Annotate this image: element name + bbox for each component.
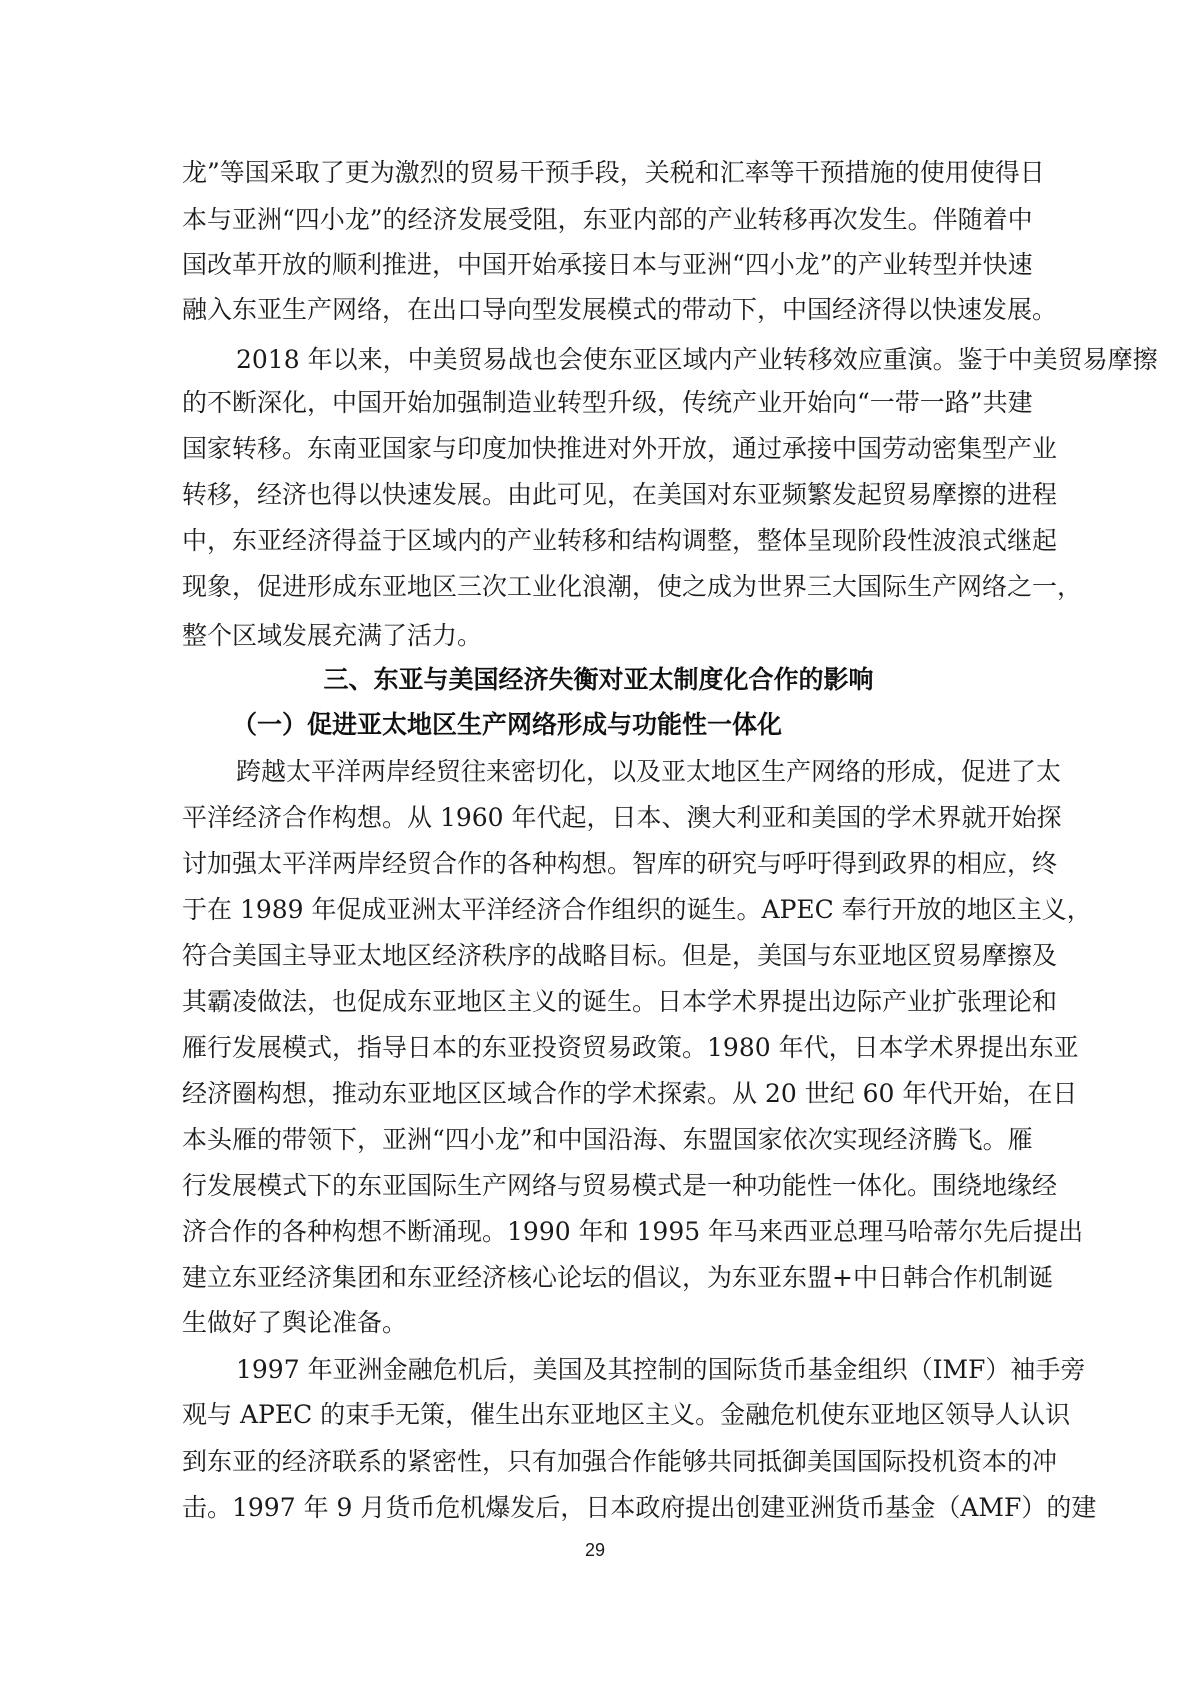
text-line: 中，东亚经济得益于区域内的产业转移和结构调整，整体呈现阶段性波浪式继起 xyxy=(182,524,1015,558)
text-line: 跨越太平洋两岸经贸往来密切化，以及亚太地区生产网络的形成，促进了太 xyxy=(236,755,1015,789)
subsection-heading: （一）促进亚太地区生产网络形成与功能性一体化 xyxy=(232,707,782,743)
text-line: 符合美国主导亚太地区经济秩序的战略目标。但是，美国与东亚地区贸易摩擦及 xyxy=(182,939,1015,973)
text-line: 讨加强太平洋两岸经贸合作的各种构想。智库的研究与呼吁得到政界的相应，终 xyxy=(182,847,1015,881)
text-line: 融入东亚生产网络，在出口导向型发展模式的带动下，中国经济得以快速发展。 xyxy=(182,293,1015,327)
text-line: 国改革开放的顺利推进，中国开始承接日本与亚洲“四小龙”的产业转型并快速 xyxy=(182,248,1015,282)
text-line: 经济圈构想，推动东亚地区区域合作的学术探索。从 20 世纪 60 年代开始，在日 xyxy=(182,1077,1015,1111)
text-line: 于在 1989 年促成亚洲太平洋经济合作组织的诞生。APEC 奉行开放的地区主义… xyxy=(182,893,1015,927)
text-line: 平洋经济合作构想。从 1960 年代起，日本、澳大利亚和美国的学术界就开始探 xyxy=(182,801,1015,835)
text-line: 本头雁的带领下，亚洲“四小龙”和中国沿海、东盟国家依次实现经济腾飞。雁 xyxy=(182,1123,1015,1157)
text-line: 行发展模式下的东亚国际生产网络与贸易模式是一种功能性一体化。围绕地缘经 xyxy=(182,1169,1015,1203)
text-line: 现象，促进形成东亚地区三次工业化浪潮，使之成为世界三大国际生产网络之一， xyxy=(182,570,1015,604)
text-line: 击。1997 年 9 月货币危机爆发后，日本政府提出创建亚洲货币基金（AMF）的… xyxy=(182,1491,1015,1525)
text-line: 龙”等国采取了更为激烈的贸易干预手段，关税和汇率等干预措施的使用使得日 xyxy=(182,156,1015,190)
text-line: 观与 APEC 的束手无策，催生出东亚地区主义。金融危机使东亚地区领导人认识 xyxy=(182,1398,1015,1432)
text-line: 转移，经济也得以快速发展。由此可见，在美国对东亚频繁发起贸易摩擦的进程 xyxy=(182,478,1015,512)
text-line: 2018 年以来，中美贸易战也会使东亚区域内产业转移效应重演。鉴于中美贸易摩擦 xyxy=(236,343,1015,377)
text-line: 建立东亚经济集团和东亚经济核心论坛的倡议，为东亚东盟+中日韩合作机制诞 xyxy=(182,1261,1015,1295)
text-line: 到东亚的经济联系的紧密性，只有加强合作能够共同抵御美国国际投机资本的冲 xyxy=(182,1445,1015,1479)
text-line: 其霸凌做法，也促成东亚地区主义的诞生。日本学术界提出边际产业扩张理论和 xyxy=(182,985,1015,1019)
text-line: 的不断深化，中国开始加强制造业转型升级，传统产业开始向“一带一路”共建 xyxy=(182,386,1015,420)
text-line: 本与亚洲“四小龙”的经济发展受阻，东亚内部的产业转移再次发生。伴随着中 xyxy=(182,203,1015,237)
text-line: 雁行发展模式，指导日本的东亚投资贸易政策。1980 年代，日本学术界提出东亚 xyxy=(182,1031,1015,1065)
text-line: 国家转移。东南亚国家与印度加快推进对外开放，通过承接中国劳动密集型产业 xyxy=(182,432,1015,466)
text-line: 1997 年亚洲金融危机后，美国及其控制的国际货币基金组织（IMF）袖手旁 xyxy=(236,1353,1015,1387)
text-line: 整个区域发展充满了活力。 xyxy=(182,619,1015,653)
section-heading: 三、东亚与美国经济失衡对亚太制度化合作的影响 xyxy=(182,662,1015,698)
text-line: 济合作的各种构想不断涌现。1990 年和 1995 年马来西亚总理马哈蒂尔先后提… xyxy=(182,1215,1015,1249)
page-number: 29 xyxy=(0,1540,1190,1561)
document-page: 龙”等国采取了更为激烈的贸易干预手段，关税和汇率等干预措施的使用使得日 本与亚洲… xyxy=(0,0,1190,1684)
text-line: 生做好了舆论准备。 xyxy=(182,1306,1015,1340)
